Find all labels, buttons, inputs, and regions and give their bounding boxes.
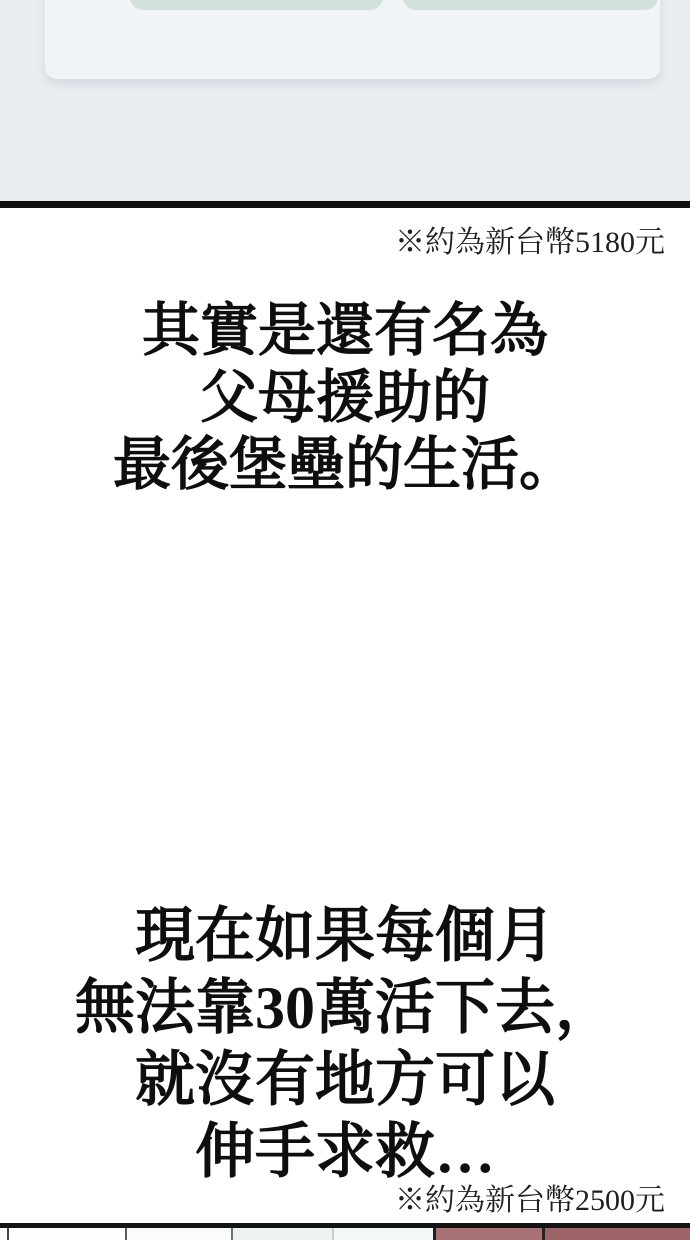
- wall-segment: [545, 1228, 690, 1240]
- wall-segment: [0, 1228, 7, 1240]
- webtoon-strip: 轉帳 簡易提款 ※約為新台幣5180元 其實是還有名為 父母援助的 最後堡壘的生…: [0, 0, 690, 1240]
- narration-line: 現在如果每個月: [0, 900, 690, 972]
- narration-line: 伸手求救…: [0, 1116, 690, 1188]
- narration-line: 無法靠30萬活下去，: [0, 972, 690, 1044]
- easy-withdrawal-button[interactable]: 簡易提款: [403, 0, 658, 10]
- panel-border-top: [0, 201, 690, 208]
- bank-app-card: 轉帳 簡易提款: [45, 0, 660, 79]
- currency-note-bottom: ※約為新台幣2500元: [25, 1184, 665, 1218]
- currency-note-top: ※約為新台幣5180元: [25, 226, 665, 260]
- transfer-button[interactable]: 轉帳: [130, 0, 383, 10]
- next-panel-sliver: [0, 1228, 690, 1240]
- narration-line: 就沒有地方可以: [0, 1044, 690, 1116]
- narration-line: 其實是還有名為: [0, 297, 690, 364]
- narration-block-1: 其實是還有名為 父母援助的 最後堡壘的生活。: [0, 297, 690, 498]
- wall-segment: [436, 1228, 542, 1240]
- narration-line: 父母援助的: [0, 364, 690, 431]
- bank-app-panel: 轉帳 簡易提款: [0, 0, 690, 201]
- wall-segment: [127, 1228, 231, 1240]
- wall-segment: [9, 1228, 125, 1240]
- wall-segment: [233, 1228, 332, 1240]
- narration-block-2: 現在如果每個月 無法靠30萬活下去， 就沒有地方可以 伸手求救…: [0, 900, 690, 1188]
- narration-line: 最後堡壘的生活。: [0, 431, 690, 498]
- wall-segment: [334, 1228, 433, 1240]
